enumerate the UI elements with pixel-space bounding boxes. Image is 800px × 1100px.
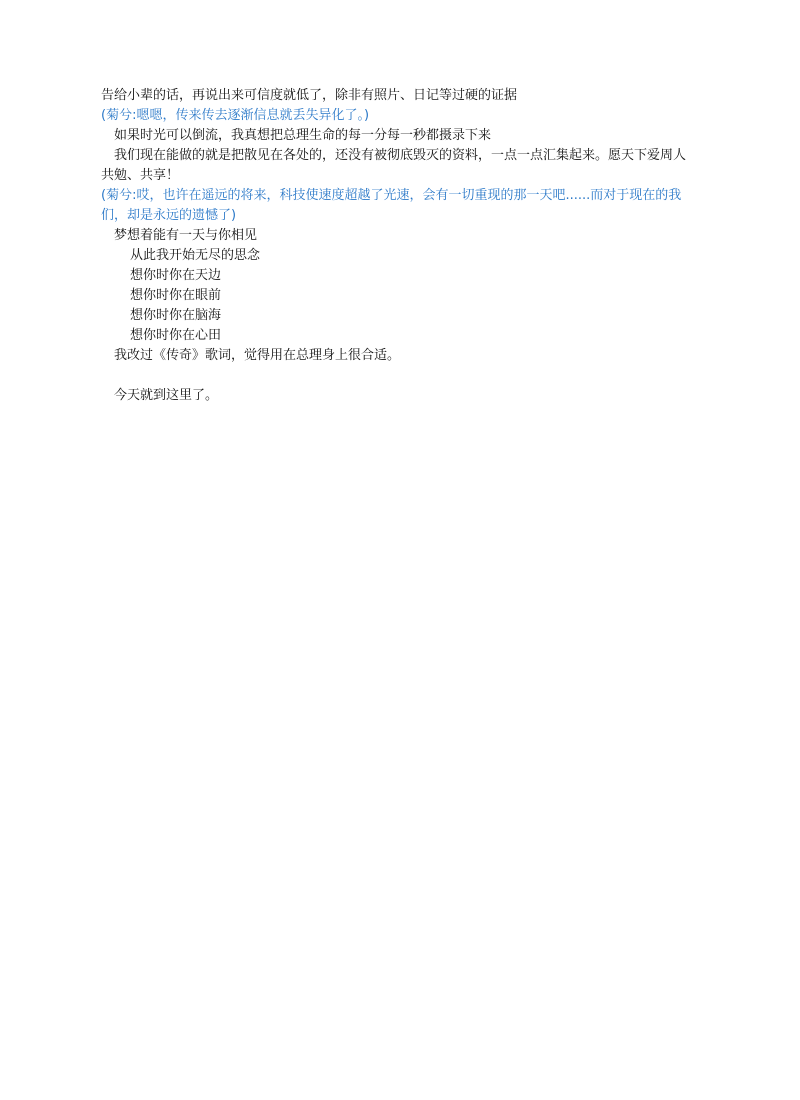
paragraph: 我们现在能做的就是把散见在各处的，还没有被彻底毁灭的资料，一点一点汇集起来。愿天… — [101, 146, 691, 186]
blank-line — [101, 366, 691, 386]
paragraph-continuation: 告给小辈的话，再说出来可信度就低了，除非有照片、日记等过硬的证据 — [101, 86, 691, 106]
poem-line: 想你时你在脑海 — [101, 306, 691, 326]
poem-line: 想你时你在眼前 — [101, 286, 691, 306]
comment-note: (菊兮:嗯嗯，传来传去逐渐信息就丢失异化了。) — [101, 106, 691, 126]
closing-line: 今天就到这里了。 — [101, 386, 691, 406]
document-body: 告给小辈的话，再说出来可信度就低了，除非有照片、日记等过硬的证据 (菊兮:嗯嗯，… — [101, 86, 691, 406]
poem-line: 想你时你在天边 — [101, 266, 691, 286]
poem-intro: 梦想着能有一天与你相见 — [101, 226, 691, 246]
comment-note: (菊兮:哎，也许在遥远的将来，科技使速度超越了光速，会有一切重现的那一天吧...… — [101, 186, 691, 226]
paragraph: 我改过《传奇》歌词，觉得用在总理身上很合适。 — [101, 346, 691, 366]
poem-line: 想你时你在心田 — [101, 326, 691, 346]
poem-line: 从此我开始无尽的思念 — [101, 246, 691, 266]
paragraph: 如果时光可以倒流，我真想把总理生命的每一分每一秒都摄录下来 — [101, 126, 691, 146]
